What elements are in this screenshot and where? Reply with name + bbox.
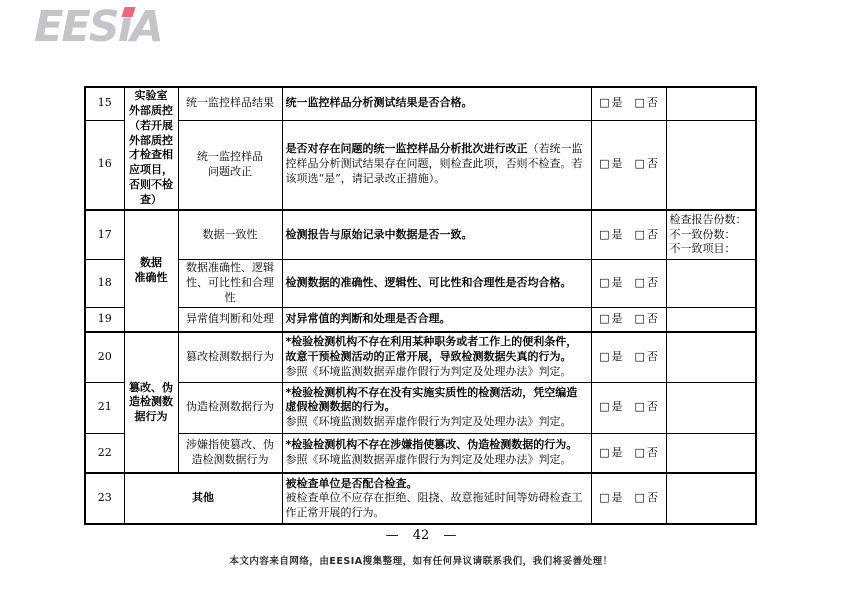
yesno-cell: □是□否 — [591, 260, 666, 308]
yes-label: 是 — [612, 350, 623, 363]
page-number: — 42 — — [0, 528, 842, 543]
footer-disclaimer: 本文内容来自网络，由EESIA搜集整理，如有任何异议请联系我们，我们将妥善处理！ — [0, 553, 842, 567]
description-cell: 统一监控样品分析测试结果是否合格。 — [282, 87, 591, 120]
no-label: 否 — [647, 276, 658, 289]
description-cell: 检测报告与原始记录中数据是否一致。 — [282, 210, 591, 260]
yes-option: □是 — [599, 157, 622, 172]
yes-label: 是 — [612, 228, 623, 241]
table-row: 18 数据准确性、逻辑 性、可比性和合理性 检测数据的准确性、逻辑性、可比性和合… — [85, 260, 756, 308]
remarks-cell — [666, 307, 756, 332]
item-cell: 统一监控样品 问题改正 — [178, 120, 282, 210]
remarks-cell — [666, 382, 756, 433]
yes-option: □是 — [599, 400, 622, 415]
yes-option: □是 — [599, 350, 622, 365]
remarks-cell — [666, 433, 756, 473]
checkbox-yes-icon: □ — [599, 350, 609, 363]
row-number-cell: 21 — [85, 382, 124, 433]
item-cell: 涉嫌指使篡改、伪 造检测数据行为 — [178, 433, 282, 473]
checkbox-yes-icon: □ — [599, 400, 609, 413]
yesno-cell: □是□否 — [591, 210, 666, 260]
row-number-cell: 15 — [85, 87, 124, 120]
no-option: □否 — [635, 96, 658, 111]
inspection-table: 15 实验室 外部质控 （若开展 外部质控 才检查相 应项目， 否则不检 查） … — [84, 86, 757, 525]
yesno-cell: □是□否 — [591, 433, 666, 473]
description-rest: 参照《环境监测数据弄虚作假行为判定及处理办法》判定。 — [286, 453, 572, 466]
remarks-cell: 检查报告份数： 不一致份数： 不一致项目： — [666, 210, 756, 260]
checkbox-no-icon: □ — [635, 157, 645, 170]
description-bold: 检测报告与原始记录中数据是否一致。 — [286, 228, 473, 241]
checkbox-yes-icon: □ — [599, 157, 609, 170]
checkbox-yes-icon: □ — [599, 228, 609, 241]
item-cell: 数据准确性、逻辑 性、可比性和合理性 — [178, 260, 282, 308]
no-option: □否 — [635, 228, 658, 243]
checkbox-no-icon: □ — [635, 350, 645, 363]
item-cell: 统一监控样品结果 — [178, 87, 282, 120]
table-row: 17 数据 准确性 数据一致性 检测报告与原始记录中数据是否一致。 □是□否 检… — [85, 210, 756, 260]
no-option: □否 — [635, 400, 658, 415]
category-cell-external-qc: 实验室 外部质控 （若开展 外部质控 才检查相 应项目， 否则不检 查） — [124, 87, 178, 210]
checkbox-no-icon: □ — [635, 491, 645, 504]
item-cell: 数据一致性 — [178, 210, 282, 260]
category-cell-falsification: 篡改、伪 造检测数 据行为 — [124, 332, 178, 473]
row-number-cell: 17 — [85, 210, 124, 260]
checkbox-no-icon: □ — [635, 228, 645, 241]
description-cell: 是否对存在问题的统一监控样品分析批次进行改正（若统一监控样品分析测试结果存在问题… — [282, 120, 591, 210]
yes-option: □是 — [599, 276, 622, 291]
yes-option: □是 — [599, 96, 622, 111]
description-bold: 检测数据的准确性、逻辑性、可比性和合理性是否均合格。 — [286, 276, 572, 289]
yes-option: □是 — [599, 228, 622, 243]
yes-option: □是 — [599, 312, 622, 327]
no-option: □否 — [635, 157, 658, 172]
description-cell: 检测数据的准确性、逻辑性、可比性和合理性是否均合格。 — [282, 260, 591, 308]
inspection-table-container: 15 实验室 外部质控 （若开展 外部质控 才检查相 应项目， 否则不检 查） … — [84, 86, 757, 525]
checkbox-no-icon: □ — [635, 276, 645, 289]
description-cell: *检验检测机构不存在没有实施实质性的检测活动，凭空编造虚假检测数据的行为。参照《… — [282, 382, 591, 433]
item-cell: 篡改检测数据行为 — [178, 332, 282, 382]
description-bold: 统一监控样品分析测试结果是否合格。 — [286, 96, 473, 109]
item-cell: 异常值判断和处理 — [178, 307, 282, 332]
remarks-cell — [666, 260, 756, 308]
no-label: 否 — [647, 491, 658, 504]
description-cell: 对异常值的判断和处理是否合理。 — [282, 307, 591, 332]
row-number-cell: 18 — [85, 260, 124, 308]
remarks-cell — [666, 332, 756, 382]
table-row: 22 涉嫌指使篡改、伪 造检测数据行为 *检验检测机构不存在涉嫌指使篡改、伪造检… — [85, 433, 756, 473]
table-row: 23 其他 被检查单位是否配合检查。被检查单位不应存在拒绝、阻挠、故意拖延时间等… — [85, 473, 756, 524]
table-row: 20 篡改、伪 造检测数 据行为 篡改检测数据行为 *检验检测机构不存在利用某种… — [85, 332, 756, 382]
table-row: 19 异常值判断和处理 对异常值的判断和处理是否合理。 □是□否 — [85, 307, 756, 332]
checkbox-yes-icon: □ — [599, 491, 609, 504]
description-bold: 被检查单位是否配合检查。 — [286, 477, 588, 492]
no-label: 否 — [647, 400, 658, 413]
row-number-cell: 23 — [85, 473, 124, 524]
yes-option: □是 — [599, 446, 622, 461]
row-number-cell: 20 — [85, 332, 124, 382]
row-number-cell: 19 — [85, 307, 124, 332]
remarks-cell — [666, 120, 756, 210]
no-option: □否 — [635, 312, 658, 327]
no-label: 否 — [647, 157, 658, 170]
yes-option: □是 — [599, 491, 622, 506]
checkbox-no-icon: □ — [635, 446, 645, 459]
checkbox-yes-icon: □ — [599, 446, 609, 459]
no-option: □否 — [635, 491, 658, 506]
no-option: □否 — [635, 350, 658, 365]
logo-text: EESiA — [34, 2, 162, 52]
description-rest: 参照《环境监测数据弄虚作假行为判定及处理办法》判定。 — [286, 415, 572, 428]
checkbox-no-icon: □ — [635, 96, 645, 109]
no-label: 否 — [647, 228, 658, 241]
yes-label: 是 — [612, 446, 623, 459]
row-number-cell: 16 — [85, 120, 124, 210]
description-bold: 对异常值的判断和处理是否合理。 — [286, 312, 451, 325]
table-row: 15 实验室 外部质控 （若开展 外部质控 才检查相 应项目， 否则不检 查） … — [85, 87, 756, 120]
no-option: □否 — [635, 446, 658, 461]
remark-line: 不一致项目： — [670, 242, 753, 257]
yesno-cell: □是□否 — [591, 382, 666, 433]
description-rest: 被检查单位不应存在拒绝、阻挠、故意拖延时间等妨碍检查工作正常开展的行为。 — [286, 491, 583, 519]
description-bold: *检验检测机构不存在利用某种职务或者工作上的便利条件，故意干预检测活动的正常开展… — [286, 335, 588, 365]
yes-label: 是 — [612, 276, 623, 289]
checkbox-no-icon: □ — [635, 400, 645, 413]
no-label: 否 — [647, 96, 658, 109]
category-cell-other: 其他 — [124, 473, 282, 524]
description-cell: *检验检测机构不存在利用某种职务或者工作上的便利条件，故意干预检测活动的正常开展… — [282, 332, 591, 382]
no-label: 否 — [647, 446, 658, 459]
remarks-cell — [666, 87, 756, 120]
table-row: 16 统一监控样品 问题改正 是否对存在问题的统一监控样品分析批次进行改正（若统… — [85, 120, 756, 210]
checkbox-yes-icon: □ — [599, 312, 609, 325]
document-page: EESiA 15 实验室 外部质控 （若开展 外部质控 才检查相 应项目， 否则… — [0, 0, 842, 596]
row-number-cell: 22 — [85, 433, 124, 473]
description-cell: 被检查单位是否配合检查。被检查单位不应存在拒绝、阻挠、故意拖延时间等妨碍检查工作… — [282, 473, 591, 524]
no-label: 否 — [647, 312, 658, 325]
yesno-cell: □是□否 — [591, 332, 666, 382]
yes-label: 是 — [612, 96, 623, 109]
checkbox-yes-icon: □ — [599, 276, 609, 289]
checkbox-yes-icon: □ — [599, 96, 609, 109]
description-cell: *检验检测机构不存在涉嫌指使篡改、伪造检测数据的行为。参照《环境监测数据弄虚作假… — [282, 433, 591, 473]
yesno-cell: □是□否 — [591, 120, 666, 210]
yes-label: 是 — [612, 157, 623, 170]
checkbox-no-icon: □ — [635, 312, 645, 325]
no-label: 否 — [647, 350, 658, 363]
yesno-cell: □是□否 — [591, 473, 666, 524]
no-option: □否 — [635, 276, 658, 291]
remarks-cell — [666, 473, 756, 524]
yesno-cell: □是□否 — [591, 87, 666, 120]
description-bold: *检验检测机构不存在没有实施实质性的检测活动，凭空编造虚假检测数据的行为。 — [286, 386, 588, 416]
yesno-cell: □是□否 — [591, 307, 666, 332]
description-rest: 参照《环境监测数据弄虚作假行为判定及处理办法》判定。 — [286, 365, 572, 378]
description-bold: 是否对存在问题的统一监控样品分析批次进行改正 — [286, 142, 528, 155]
table-row: 21 伪造检测数据行为 *检验检测机构不存在没有实施实质性的检测活动，凭空编造虚… — [85, 382, 756, 433]
item-cell: 伪造检测数据行为 — [178, 382, 282, 433]
eesia-logo: EESiA — [34, 6, 162, 58]
remark-line: 检查报告份数： — [670, 213, 753, 228]
yes-label: 是 — [612, 400, 623, 413]
yes-label: 是 — [612, 491, 623, 504]
remark-line: 不一致份数： — [670, 228, 753, 243]
yes-label: 是 — [612, 312, 623, 325]
category-cell-data-accuracy: 数据 准确性 — [124, 210, 178, 333]
description-bold: *检验检测机构不存在涉嫌指使篡改、伪造检测数据的行为。 — [286, 438, 588, 453]
